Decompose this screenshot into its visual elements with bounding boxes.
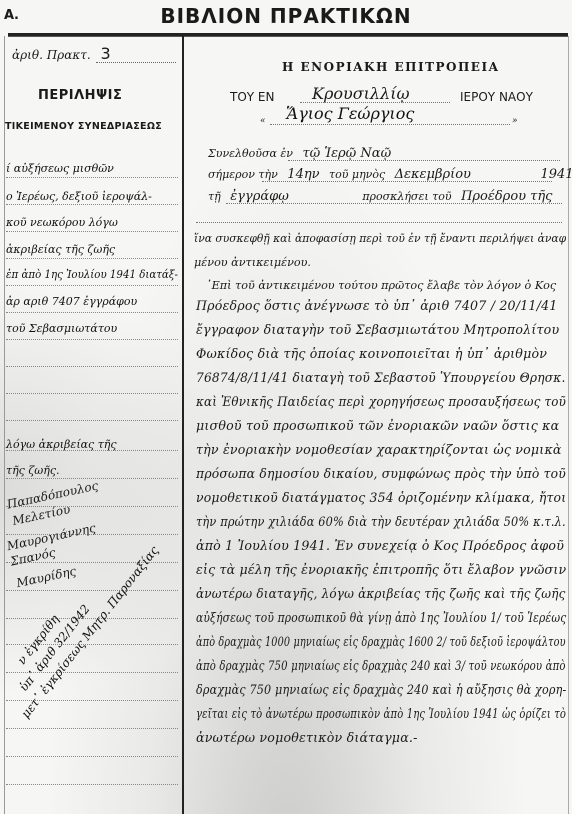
ruled-line xyxy=(6,339,178,340)
header-rule xyxy=(8,33,568,37)
purpose-text: ἵνα συσκεφθῇ καὶ ἀποφασίσῃ περὶ τοῦ ἐν τ… xyxy=(194,232,566,245)
temple-label: ΙΕΡΟΥ ΝΑΟΥ xyxy=(460,90,533,104)
minutes-line: πρόσωπα δημοσίου δικαίου, συμφώνως πρὸς … xyxy=(196,466,566,481)
summary-line: ἐπ ἀπὸ 1ης Ἰουλίου 1941 διατάξ- xyxy=(6,268,178,281)
meeting-place-label: Συνελθοῦσα ἐν xyxy=(208,147,293,160)
minutes-line: τὴν πρώτην χιλιάδα 60% διὰ τὴν δευτέραν … xyxy=(196,514,566,529)
invitation-by: Προέδρου τῆς xyxy=(461,189,552,204)
parish-line xyxy=(300,102,450,103)
minutes-line: δραχμὰς 750 μηνιαίως εἰς δραχμὰς 240 καὶ… xyxy=(196,682,566,697)
minutes-line: γεῖται εἰς τὸ ἀνωτέρω προσωπικὸν ἀπὸ 1ης… xyxy=(196,706,566,721)
form-line xyxy=(196,222,562,223)
invitation-type: ἐγγράφῳ xyxy=(230,189,289,204)
minutes-line: ἀπὸ δραχμὰς 750 μηνιαίως εἰς δραχμὰς 240… xyxy=(196,658,566,673)
ruled-line xyxy=(6,366,178,367)
column-divider xyxy=(182,36,184,814)
invitation-label: προσκλήσει τοῦ xyxy=(362,190,451,203)
date-label: σήμερον τὴν xyxy=(208,168,278,181)
summary-line: λόγω ἀκριβείας τῆς xyxy=(6,438,117,451)
ruled-line xyxy=(6,728,178,729)
ruled-line xyxy=(6,312,178,313)
summary-line: κοῦ νεωκόρου λόγω xyxy=(6,216,118,229)
minutes-line: Πρόεδρος ὅστις ἀνέγνωσε τὸ ὑπ᾽ ἀριθ 7407… xyxy=(196,298,558,313)
saint-line xyxy=(270,124,510,125)
record-number-label: ἀριθ. Πρακτ. xyxy=(12,48,91,62)
meeting-place-row: Συνελθοῦσα ἐν τῷ Ἱερῷ Ναῷ xyxy=(208,146,397,161)
record-number: ἀριθ. Πρακτ. 3 xyxy=(12,44,111,63)
year-value: 1941 xyxy=(540,167,572,182)
purpose-text: μένου ἀντικειμένου. xyxy=(194,256,311,269)
committee-title: Η ΕΝΟΡΙΑΚΗ ΕΠΙΤΡΟΠΕΙΑ xyxy=(282,60,499,74)
ruled-line xyxy=(6,393,178,394)
summary-line: ἀρ αριθ 7407 ἐγγράφου xyxy=(6,295,137,308)
open-quote: « xyxy=(260,116,266,126)
minutes-line: ἀπὸ 1 Ἰουλίου 1941. Ἐν συνεχείᾳ ὁ Κος Πρ… xyxy=(196,538,564,553)
minutes-line: 76874/8/11/41 διαταγὴ τοῦ Σεβαστοῦ Ὑπουρ… xyxy=(196,370,566,385)
summary-line: ο Ἱερέως, δεξιοῦ ἱεροψάλ- xyxy=(6,190,152,203)
form-line xyxy=(262,181,552,182)
invitation-prefix: τῇ xyxy=(208,190,221,203)
ruled-line xyxy=(6,204,178,205)
ruled-line xyxy=(6,285,178,286)
minutes-line: τὴν ἐνοριακὴν νομοθεσίαν χαρακτηρίζονται… xyxy=(196,442,562,457)
invitation-row: τῇ ἐγγράφῳ προσκλήσει τοῦ Προέδρου τῆς xyxy=(208,189,558,204)
speaker-intro: ᾽Επὶ τοῦ ἀντικειμένου τούτου πρῶτος ἔλαβ… xyxy=(206,279,556,292)
summary-line: ί αὐξήσεως μισθῶν xyxy=(6,162,114,175)
minutes-line: καὶ Ἐθνικῆς Παιδείας περὶ χορηγήσεως προ… xyxy=(196,394,566,409)
parish-row: ΤΟΥ ΕΝ Κρουσιλλίῳ ΙΕΡΟΥ ΝΑΟΥ xyxy=(230,90,274,104)
right-border xyxy=(568,36,569,814)
parish-name: Κρουσιλλίῳ xyxy=(312,84,410,103)
month-value: Δεκεμβρίου xyxy=(395,167,471,182)
minutes-line: νομοθετικοῦ διατάγματος 354 ὁριζομένην κ… xyxy=(196,490,566,505)
signature: Μαυρίδης xyxy=(15,564,77,590)
record-number-value: 3 xyxy=(101,44,111,63)
summary-title: ΠΕΡΙΛΗΨΙΣ xyxy=(38,88,122,103)
ruled-line xyxy=(6,756,178,757)
date-day: 14ην xyxy=(287,167,319,182)
minutes-line: Φωκίδος διὰ τῆς ὁποίας κοινοποιεῖται ἡ ὑ… xyxy=(196,346,547,361)
minutes-line: ἔγγραφον διαταγὴν τοῦ Σεβασμιωτάτου Μητρ… xyxy=(196,322,559,337)
parish-prefix: ΤΟΥ ΕΝ xyxy=(230,90,274,104)
summary-line: τῆς ζωῆς. xyxy=(6,464,60,477)
minutes-line: ἀνωτέρω διαταγῆς, λόγω ἀκριβείας τῆς ζωῆ… xyxy=(196,586,566,601)
meeting-place-value: τῷ Ἱερῷ Ναῷ xyxy=(302,146,391,161)
ruled-line xyxy=(6,231,178,232)
saint-name: Ἅγιος Γεώργιος xyxy=(286,104,414,123)
summary-line: τοῦ Σεβασμιωτάτου xyxy=(6,322,117,335)
close-quote: » xyxy=(512,116,518,126)
form-line xyxy=(288,160,560,161)
minutes-line: μισθοῦ τοῦ προσωπικοῦ τῶν ἐνοριακῶν ναῶν… xyxy=(196,418,559,433)
summary-subtitle: ΤΙΚΕΙΜΕΝΟΥ ΣΥΝΕΔΡΙΑΣΕΩΣ xyxy=(5,121,162,132)
ruled-line xyxy=(6,258,178,259)
minutes-line: ἀνωτέρω νομοθετικὸν διάταγμα.- xyxy=(196,730,418,745)
record-number-line xyxy=(96,62,176,63)
ruled-line xyxy=(6,420,178,421)
ruled-line xyxy=(6,784,178,785)
minutes-book-page: Α. ΒΙΒΛΙΟΝ ΠΡΑΚΤΙΚΩΝ ἀριθ. Πρακτ. 3 ΠΕΡΙ… xyxy=(0,0,572,814)
form-line xyxy=(226,203,562,204)
minutes-line: εἰς τὰ μέλη τῆς ἐνοριακῆς ἐπιτροπῆς ὅτι … xyxy=(196,562,566,577)
summary-line: ἀκριβείας τῆς ζωῆς xyxy=(6,243,115,256)
month-label: τοῦ μηνὸς xyxy=(329,168,385,181)
ruled-line xyxy=(6,177,178,178)
book-title: ΒΙΒΛΙΟΝ ΠΡΑΚΤΙΚΩΝ xyxy=(0,4,572,28)
minutes-line: ἀπὸ δραχμὰς 1000 μηνιαίως εἰς δραχμὰς 16… xyxy=(196,634,566,649)
minutes-line: αὐξήσεως τοῦ προσωπικοῦ θὰ γίνῃ ἀπὸ 1ης … xyxy=(196,610,566,625)
date-row: σήμερον τὴν 14ην τοῦ μηνὸς Δεκεμβρίου 19… xyxy=(208,167,572,182)
